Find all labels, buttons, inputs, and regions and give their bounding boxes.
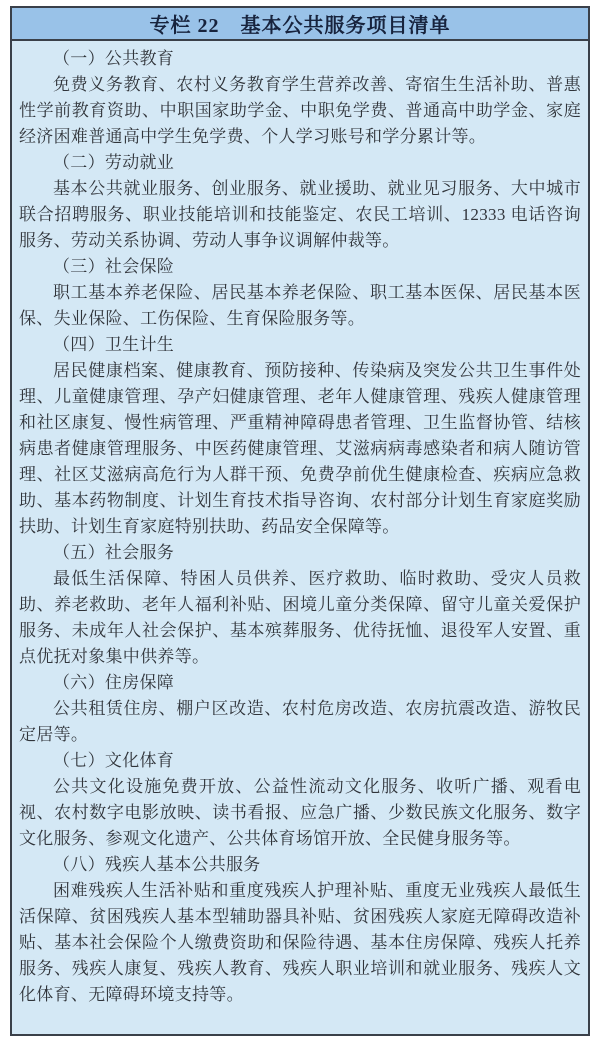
section-heading: （一）公共教育 (19, 46, 581, 72)
section-body-text: 基本公共就业服务、创业服务、就业援助、就业见习服务、大中城市联合招聘服务、职业技… (19, 176, 581, 254)
section-body-text: 公共文化设施免费开放、公益性流动文化服务、收听广播、观看电视、农村数字电影放映、… (19, 774, 581, 852)
section-housing-security: （六）住房保障 公共租赁住房、棚户区改造、农村危房改造、农房抗震改造、游牧民定居… (19, 670, 581, 748)
panel-header: 专栏 22 基本公共服务项目清单 (12, 8, 588, 41)
section-body-text: 免费义务教育、农村义务教育学生营养改善、寄宿生生活补助、普惠性学前教育资助、中职… (19, 72, 581, 150)
section-culture-sports: （七）文化体育 公共文化设施免费开放、公益性流动文化服务、收听广播、观看电视、农… (19, 748, 581, 852)
section-body-text: 公共租赁住房、棚户区改造、农村危房改造、农房抗震改造、游牧民定居等。 (19, 696, 581, 748)
section-heading: （三）社会保险 (19, 254, 581, 280)
section-body-text: 困难残疾人生活补贴和重度残疾人护理补贴、重度无业残疾人最低生活保障、贫困残疾人基… (19, 878, 581, 1008)
section-heading: （七）文化体育 (19, 748, 581, 774)
section-body-text: 居民健康档案、健康教育、预防接种、传染病及突发公共卫生事件处理、儿童健康管理、孕… (19, 358, 581, 540)
panel-title: 专栏 22 基本公共服务项目清单 (150, 9, 451, 38)
infobox-panel: 专栏 22 基本公共服务项目清单 （一）公共教育 免费义务教育、农村义务教育学生… (10, 6, 590, 1036)
section-heading: （六）住房保障 (19, 670, 581, 696)
panel-body: （一）公共教育 免费义务教育、农村义务教育学生营养改善、寄宿生生活补助、普惠性学… (12, 41, 588, 1008)
section-public-education: （一）公共教育 免费义务教育、农村义务教育学生营养改善、寄宿生生活补助、普惠性学… (19, 46, 581, 150)
section-heading: （四）卫生计生 (19, 332, 581, 358)
section-body-text: 职工基本养老保险、居民基本养老保险、职工基本医保、居民基本医保、失业保险、工伤保… (19, 280, 581, 332)
section-disabled-basic-services: （八）残疾人基本公共服务 困难残疾人生活补贴和重度残疾人护理补贴、重度无业残疾人… (19, 852, 581, 1008)
section-employment: （二）劳动就业 基本公共就业服务、创业服务、就业援助、就业见习服务、大中城市联合… (19, 150, 581, 254)
section-heading: （五）社会服务 (19, 540, 581, 566)
section-heading: （二）劳动就业 (19, 150, 581, 176)
section-heading: （八）残疾人基本公共服务 (19, 852, 581, 878)
section-health-family-planning: （四）卫生计生 居民健康档案、健康教育、预防接种、传染病及突发公共卫生事件处理、… (19, 332, 581, 540)
section-body-text: 最低生活保障、特困人员供养、医疗救助、临时救助、受灾人员救助、养老救助、老年人福… (19, 566, 581, 670)
section-social-services: （五）社会服务 最低生活保障、特困人员供养、医疗救助、临时救助、受灾人员救助、养… (19, 540, 581, 670)
section-social-insurance: （三）社会保险 职工基本养老保险、居民基本养老保险、职工基本医保、居民基本医保、… (19, 254, 581, 332)
